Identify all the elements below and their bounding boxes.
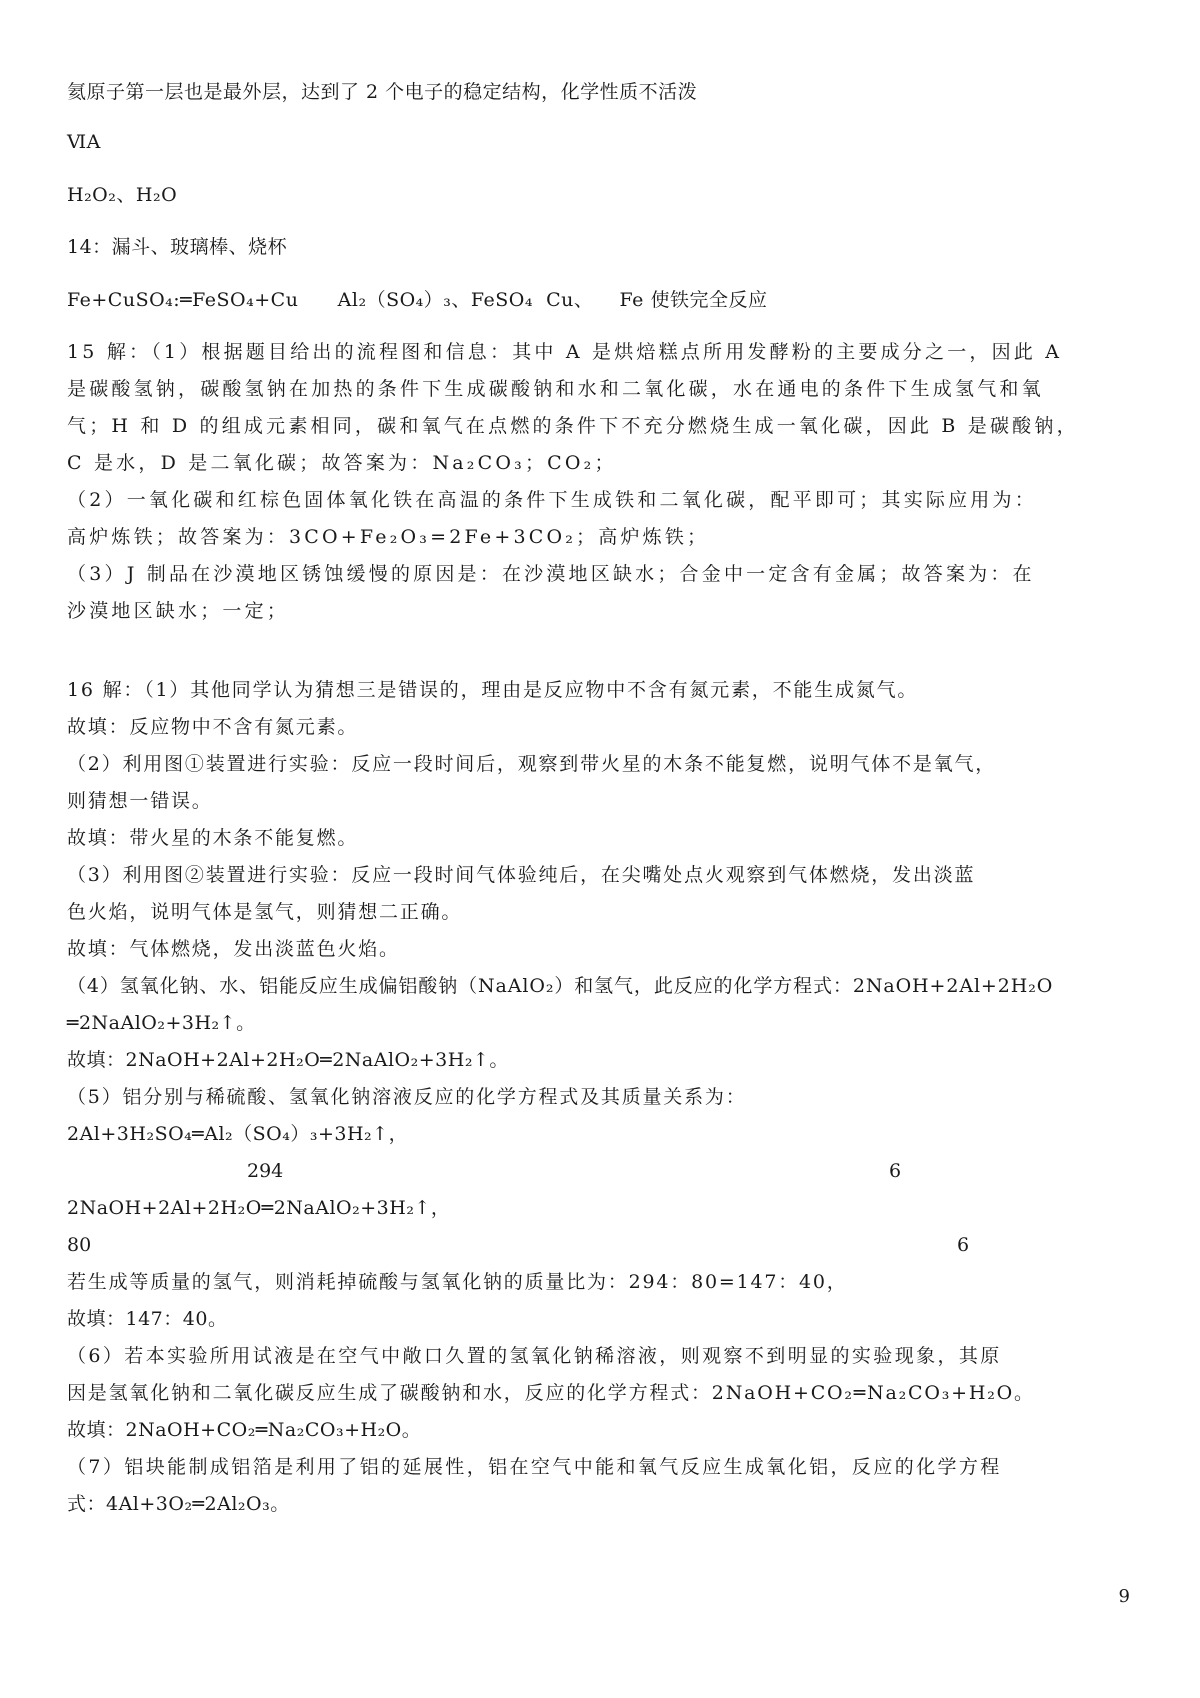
q16-line-3: （2）利用图①装置进行实验：反应一段时间后，观察到带火星的木条不能复燃，说明气体… <box>67 752 996 776</box>
q16-line-18: 因是氢氧化钠和二氧化碳反应生成了碳酸钠和水，反应的化学方程式：2NaOH+CO₂… <box>67 1381 1035 1405</box>
q16-line-12: （5）铝分别与稀硫酸、氢氧化钠溶液反应的化学方程式及其质量关系为： <box>67 1085 747 1109</box>
answer-group: ⅥA <box>67 130 101 154</box>
q16-line-8: 故填：气体燃烧，发出淡蓝色火焰。 <box>67 937 400 961</box>
q16-line-17: （6）若本实验所用试液是在空气中敞口久置的氢氧化钠稀溶液，则观察不到明显的实验现… <box>67 1344 1002 1368</box>
q16-line-15: 若生成等质量的氢气，则消耗掉硫酸与氢氧化钠的质量比为：294：80=147：40… <box>67 1270 848 1294</box>
q15-line-3: 气；H 和 D 的组成元素相同，碳和氧气在点燃的条件下不充分燃烧生成一氧化碳，因… <box>67 414 1079 438</box>
page-number: 9 <box>1119 1586 1130 1607</box>
q15-line-1: 15 解：（1）根据题目给出的流程图和信息：其中 A 是烘焙糕点所用发酵粉的主要… <box>67 340 1062 364</box>
q15-line-8: 沙漠地区缺水；一定； <box>67 599 289 623</box>
mass-h2-2: 6 <box>957 1233 969 1257</box>
q16-line-20: （7）铝块能制成铝箔是利用了铝的延展性，铝在空气中能和氧气反应生成氧化铝，反应的… <box>67 1455 1002 1479</box>
q16-line-7: 色火焰，说明气体是氢气，则猜想二正确。 <box>67 900 462 924</box>
answer-q14-equipment: 14：漏斗、玻璃棒、烧杯 <box>67 235 287 259</box>
q15-line-6: 高炉炼铁；故答案为：3CO+Fe₂O₃=2Fe+3CO₂；高炉炼铁； <box>67 525 709 549</box>
q15-line-4: C 是水，D 是二氧化碳；故答案为：Na₂CO₃；CO₂； <box>67 451 617 475</box>
q16-line-16: 故填：147：40。 <box>67 1307 227 1331</box>
q16-line-10: ═2NaAlO₂+3H₂↑。 <box>67 1011 256 1035</box>
q16-line-2: 故填：反应物中不含有氮元素。 <box>67 715 358 739</box>
q16-line-4: 则猜想一错误。 <box>67 789 213 813</box>
q16-line-6: （3）利用图②装置进行实验：反应一段时间气体验纯后，在尖嘴处点火观察到气体燃烧，… <box>67 863 975 887</box>
mass-h2so4: 294 <box>247 1159 283 1183</box>
q15-line-5: （2）一氧化碳和红棕色固体氧化铁在高温的条件下生成铁和二氧化碳，配平即可；其实际… <box>67 488 1037 512</box>
q16-equation-h2so4: 2Al+3H₂SO₄═Al₂（SO₄）₃+3H₂↑， <box>67 1122 408 1146</box>
answer-helium-stability: 氦原子第一层也是最外层，达到了 2 个电子的稳定结构，化学性质不活泼 <box>67 80 697 104</box>
q16-equation-naoh: 2NaOH+2Al+2H₂O═2NaAlO₂+3H₂↑， <box>67 1196 450 1220</box>
document-page: 氦原子第一层也是最外层，达到了 2 个电子的稳定结构，化学性质不活泼 ⅥA H₂… <box>0 0 1200 1698</box>
q16-line-11: 故填：2NaOH+2Al+2H₂O═2NaAlO₂+3H₂↑。 <box>67 1048 509 1072</box>
q16-line-5: 故填：带火星的木条不能复燃。 <box>67 826 358 850</box>
q15-line-2: 是碳酸氢钠，碳酸氢钠在加热的条件下生成碳酸钠和水和二氧化碳，水在通电的条件下生成… <box>67 377 1044 401</box>
q16-line-9: （4）氢氧化钠、水、铝能反应生成偏铝酸钠（NaAlO₂）和氢气，此反应的化学方程… <box>67 974 1053 998</box>
mass-naoh: 80 <box>67 1233 91 1257</box>
answer-q14-reaction: Fe+CuSO₄:═FeSO₄+Cu Al₂（SO₄）₃、FeSO₄ Cu、 F… <box>67 288 767 312</box>
q16-line-21: 式：4Al+3O₂═2Al₂O₃。 <box>67 1492 290 1516</box>
answer-formulas: H₂O₂、H₂O <box>67 183 177 207</box>
q16-line-1: 16 解：（1）其他同学认为猜想三是错误的，理由是反应物中不含有氮元素，不能生成… <box>67 678 918 702</box>
mass-h2-1: 6 <box>889 1159 901 1183</box>
q16-line-19: 故填：2NaOH+CO₂═Na₂CO₃+H₂O。 <box>67 1418 421 1442</box>
q15-line-7: （3）J 制品在沙漠地区锈蚀缓慢的原因是：在沙漠地区缺水；合金中一定含有金属；故… <box>67 562 1035 586</box>
